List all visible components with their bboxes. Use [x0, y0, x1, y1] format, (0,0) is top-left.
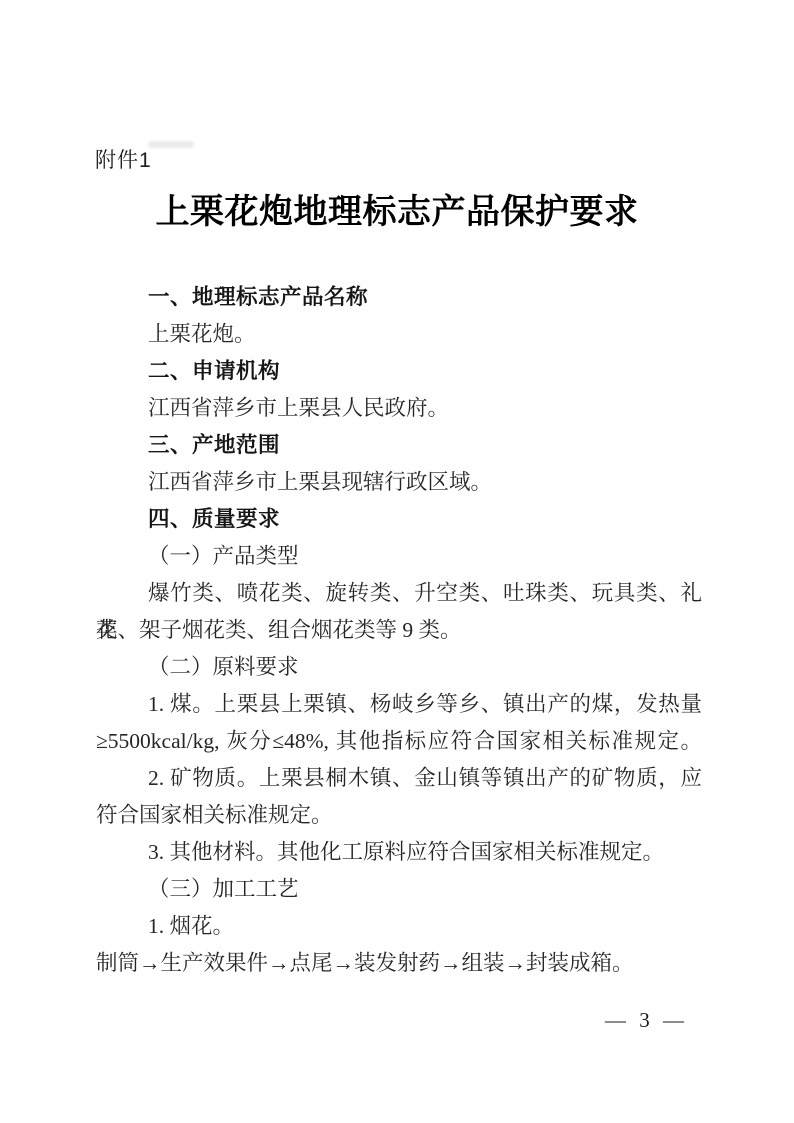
body-line: 上栗花炮。 — [96, 316, 702, 353]
body-line: 制筒→生产效果件→点尾→装发射药→组装→封装成箱。 — [96, 945, 702, 982]
body-line: 1. 烟花。 — [96, 908, 702, 945]
body-line: 2. 矿物质。上栗县桐木镇、金山镇等镇出产的矿物质，应 — [96, 760, 702, 797]
body-line: 爆竹类、喷花类、旋转类、升空类、吐珠类、玩具类、礼花 — [96, 575, 702, 612]
body-line: 1. 煤。上栗县上栗镇、杨岐乡等乡、镇出产的煤，发热量 — [96, 686, 702, 723]
section-heading: 四、质量要求 — [96, 501, 702, 538]
document-title: 上栗花炮地理标志产品保护要求 — [0, 192, 794, 234]
section-heading: 一、地理标志产品名称 — [96, 279, 702, 316]
sub-heading: （一）产品类型 — [96, 538, 702, 575]
section-heading: 二、申请机构 — [96, 353, 702, 390]
body-line: 江西省萍乡市上栗县人民政府。 — [96, 390, 702, 427]
document-body: 一、地理标志产品名称上栗花炮。二、申请机构江西省萍乡市上栗县人民政府。三、产地范… — [96, 279, 702, 982]
body-line: 符合国家相关标准规定。 — [96, 797, 702, 834]
sub-heading: （三）加工工艺 — [96, 871, 702, 908]
body-line: 江西省萍乡市上栗县现辖行政区域。 — [96, 464, 702, 501]
page-number: — 3 — — [0, 1005, 794, 1035]
body-line: 3. 其他材料。其他化工原料应符合国家相关标准规定。 — [96, 834, 702, 871]
scan-artifact — [148, 141, 194, 148]
sub-heading: （二）原料要求 — [96, 649, 702, 686]
body-line: 类、架子烟花类、组合烟花类等 9 类。 — [96, 612, 702, 649]
attachment-label: 附件1 — [95, 147, 152, 175]
body-line: ≥5500kcal/kg, 灰分≤48%, 其他指标应符合国家相关标准规定。 — [96, 723, 702, 760]
document-page: 附件1 上栗花炮地理标志产品保护要求 一、地理标志产品名称上栗花炮。二、申请机构… — [0, 0, 794, 1123]
section-heading: 三、产地范围 — [96, 427, 702, 464]
